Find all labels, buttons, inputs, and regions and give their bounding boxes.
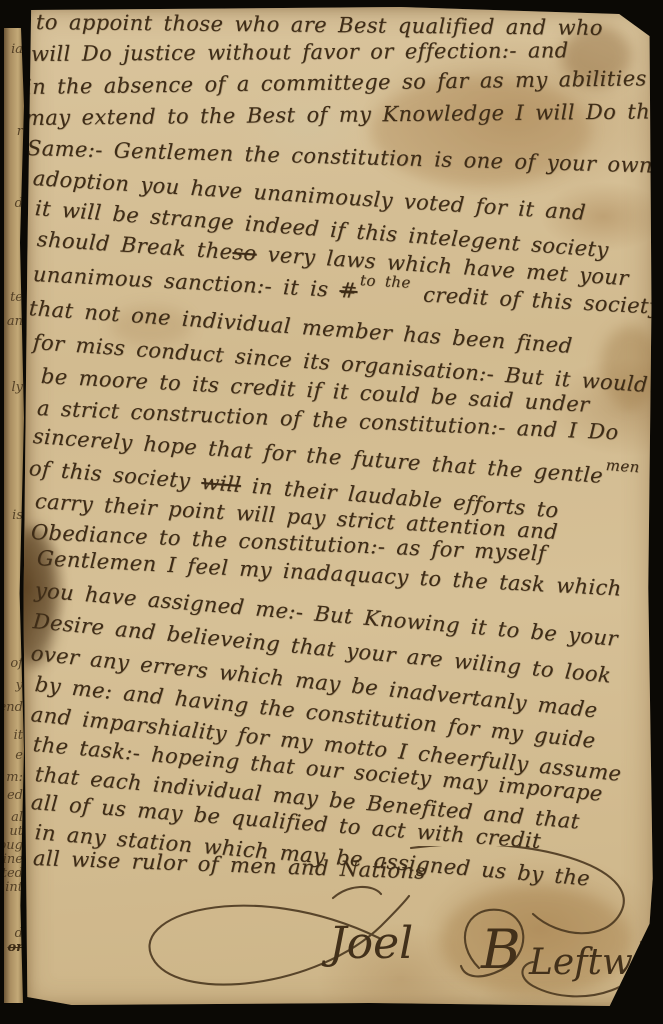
manuscript-line: in the absence of a committege so far as…	[25, 66, 647, 99]
margin-fragment: ed	[7, 788, 23, 803]
signature-flourish	[333, 887, 381, 898]
interlinear-insert: to the	[360, 271, 412, 292]
manuscript-line: will Do justice without favor or effecti…	[31, 38, 569, 66]
margin-fragment: oug	[4, 838, 23, 853]
signature-initial: B	[480, 918, 521, 981]
adjacent-page-edge: ia r d te an ly is of y end it e m: ed a…	[4, 28, 24, 1003]
margin-fragment: end	[4, 700, 23, 715]
margin-fragment: is	[12, 508, 23, 523]
margin-fragment: al	[11, 810, 23, 825]
margin-fragment: ted	[4, 866, 23, 881]
margin-fragment: ut	[9, 824, 23, 839]
manuscript-page: to appoint those who are Best qualified …	[21, 6, 654, 1009]
manuscript-line: to appoint those who are Best qualified …	[36, 10, 603, 40]
margin-fragment: or	[7, 940, 23, 955]
margin-fragment: ly	[11, 380, 23, 395]
interlinear-insert: men	[605, 456, 640, 476]
margin-fragment: m:	[6, 770, 23, 785]
margin-fragment: ia	[11, 42, 23, 57]
struck-word: #	[339, 278, 358, 303]
margin-fragment: r	[17, 124, 23, 139]
margin-fragment: int	[5, 880, 23, 895]
signature-last-name: Leftwich	[528, 942, 651, 983]
margin-fragment: d	[15, 196, 23, 211]
margin-fragment: ine	[4, 852, 23, 867]
struck-word: so	[232, 240, 258, 266]
margin-fragment: it	[14, 728, 23, 743]
manuscript-scan: ia r d te an ly is of y end it e m: ed a…	[0, 0, 663, 1024]
margin-fragment: of	[10, 656, 23, 671]
signature: Joel B Leftwich	[81, 846, 651, 1009]
margin-fragment: an	[7, 314, 23, 329]
signature-first-name: Joel	[321, 918, 413, 969]
margin-fragment: e	[15, 748, 23, 763]
margin-fragment: y	[16, 678, 23, 693]
margin-fragment: te	[10, 290, 23, 305]
struck-word: will	[200, 470, 242, 497]
margin-fragment: d	[15, 926, 23, 941]
manuscript-line: may extend to the Best of my Knowledge I…	[25, 99, 654, 130]
